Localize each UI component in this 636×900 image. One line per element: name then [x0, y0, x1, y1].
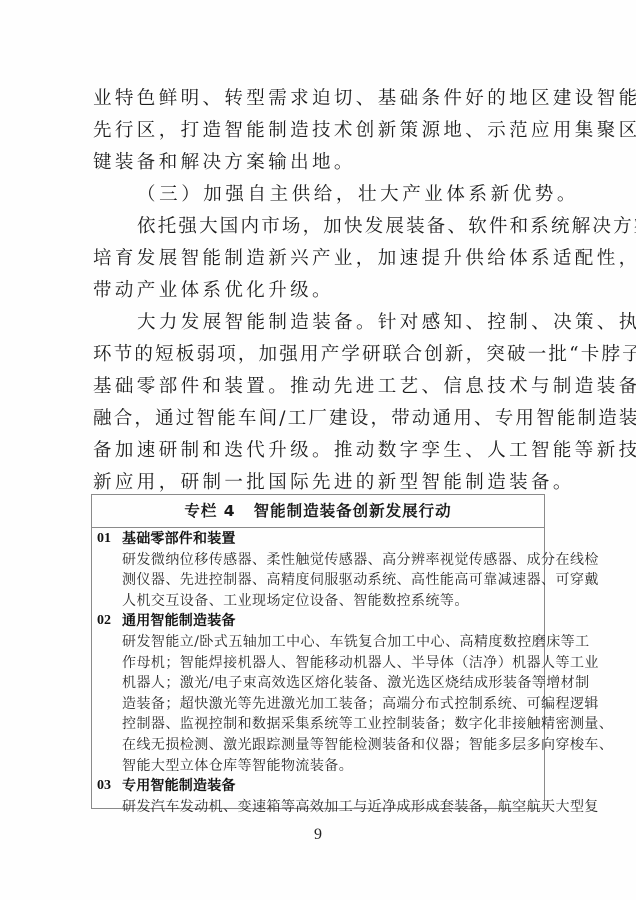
feature-box: 专栏 4智能制造装备创新发展行动 01 基础零部件和装置 研发微纳位移传感器、柔…: [91, 494, 545, 809]
page-number: 9: [0, 826, 636, 844]
box-line: 作母机；智能焊接机器人、智能移动机器人、半导体（洁净）机器人等工业: [92, 653, 544, 674]
paragraph-line: 融合，通过智能车间/工厂建设，带动通用、专用智能制造装: [93, 403, 545, 435]
paragraph-line: 备加速研制和迭代升级。推动数字孪生、人工智能等新技术创: [93, 435, 545, 467]
paragraph-line: 环节的短板弱项，加强用产学研联合创新，突破一批“卡脖子”: [93, 339, 545, 371]
box-body: 01 基础零部件和装置 研发微纳位移传感器、柔性触觉传感器、高分辨率视觉传感器、…: [92, 529, 544, 817]
section-number: 02: [97, 611, 121, 632]
paragraph-line: 大力发展智能制造装备。针对感知、控制、决策、执行等: [93, 307, 545, 339]
section-number: 01: [97, 529, 121, 550]
document-page: 业特色鲜明、转型需求迫切、基础条件好的地区建设智能制造 先行区，打造智能制造技术…: [0, 0, 636, 900]
box-line-text: 造装备；超快激光等先进激光加工装备；高端分布式控制系统、可编程逻辑: [122, 694, 599, 715]
box-line-text: 测仪器、先进控制器、高精度伺服驱动系统、高性能高可靠减速器、可穿戴: [122, 570, 599, 591]
box-title-text: 智能制造装备创新发展行动: [254, 502, 452, 520]
section-heading: （三）加强自主供给，壮大产业体系新优势。: [93, 179, 545, 211]
box-line: 控制器、监视控制和数据采集系统等工业控制装备；数字化非接触精密测量、: [92, 714, 544, 735]
box-line-text: 研发汽车发动机、变速箱等高效加工与近净成形成套装备，航空航天大型复: [122, 797, 599, 818]
box-line: 在线无损检测、激光跟踪测量等智能检测装备和仪器；智能多层多向穿梭车、: [92, 735, 544, 756]
paragraph-line: 基础零部件和装置。推动先进工艺、信息技术与制造装备深度: [93, 371, 545, 403]
box-line-text: 机器人；激光/电子束高效选区熔化装备、激光选区烧结成形装备等增材制: [122, 673, 590, 694]
section-heading-text: 专用智能制造装备: [122, 776, 236, 797]
paragraph-line: 业特色鲜明、转型需求迫切、基础条件好的地区建设智能制造: [93, 83, 545, 115]
box-line-text: 研发微纳位移传感器、柔性触觉传感器、高分辨率视觉传感器、成分在线检: [122, 550, 599, 571]
box-line: 研发汽车发动机、变速箱等高效加工与近净成形成套装备，航空航天大型复: [92, 797, 544, 818]
box-line-text: 在线无损检测、激光跟踪测量等智能检测装备和仪器；智能多层多向穿梭车、: [122, 735, 613, 756]
box-line: 机器人；激光/电子束高效选区熔化装备、激光选区烧结成形装备等增材制: [92, 673, 544, 694]
box-line-text: 智能大型立体仓库等智能物流装备。: [122, 756, 353, 777]
section-heading-text: 基础零部件和装置: [122, 529, 236, 550]
box-section-heading: 01 基础零部件和装置: [92, 529, 544, 550]
section-heading-text: 通用智能制造装备: [122, 611, 236, 632]
box-line: 测仪器、先进控制器、高精度伺服驱动系统、高性能高可靠减速器、可穿戴: [92, 570, 544, 591]
section-number: 03: [97, 776, 121, 797]
paragraph-line: 带动产业体系优化升级。: [93, 275, 545, 307]
box-line: 研发智能立/卧式五轴加工中心、车铣复合加工中心、高精度数控磨床等工: [92, 632, 544, 653]
box-line: 智能大型立体仓库等智能物流装备。: [92, 756, 544, 777]
box-line: 研发微纳位移传感器、柔性触觉传感器、高分辨率视觉传感器、成分在线检: [92, 550, 544, 571]
box-line-text: 人机交互设备、工业现场定位设备、智能数控系统等。: [122, 591, 469, 612]
box-line: 造装备；超快激光等先进激光加工装备；高端分布式控制系统、可编程逻辑: [92, 694, 544, 715]
box-line-text: 控制器、监视控制和数据采集系统等工业控制装备；数字化非接触精密测量、: [122, 714, 613, 735]
box-section-heading: 02 通用智能制造装备: [92, 611, 544, 632]
box-line: 人机交互设备、工业现场定位设备、智能数控系统等。: [92, 591, 544, 612]
paragraph-line: 依托强大国内市场，加快发展装备、软件和系统解决方案，: [93, 211, 545, 243]
box-line-text: 研发智能立/卧式五轴加工中心、车铣复合加工中心、高精度数控磨床等工: [122, 632, 590, 653]
box-line-text: 作母机；智能焊接机器人、智能移动机器人、半导体（洁净）机器人等工业: [122, 653, 599, 674]
box-title: 专栏 4智能制造装备创新发展行动: [92, 495, 544, 528]
box-column-number: 专栏 4: [184, 502, 235, 520]
box-section-heading: 03 专用智能制造装备: [92, 776, 544, 797]
body-text: 业特色鲜明、转型需求迫切、基础条件好的地区建设智能制造 先行区，打造智能制造技术…: [93, 83, 545, 499]
paragraph-line: 培育发展智能制造新兴产业，加速提升供给体系适配性，引领: [93, 243, 545, 275]
paragraph-line: 先行区，打造智能制造技术创新策源地、示范应用集聚区、关: [93, 115, 545, 147]
paragraph-line: 键装备和解决方案输出地。: [93, 147, 545, 179]
